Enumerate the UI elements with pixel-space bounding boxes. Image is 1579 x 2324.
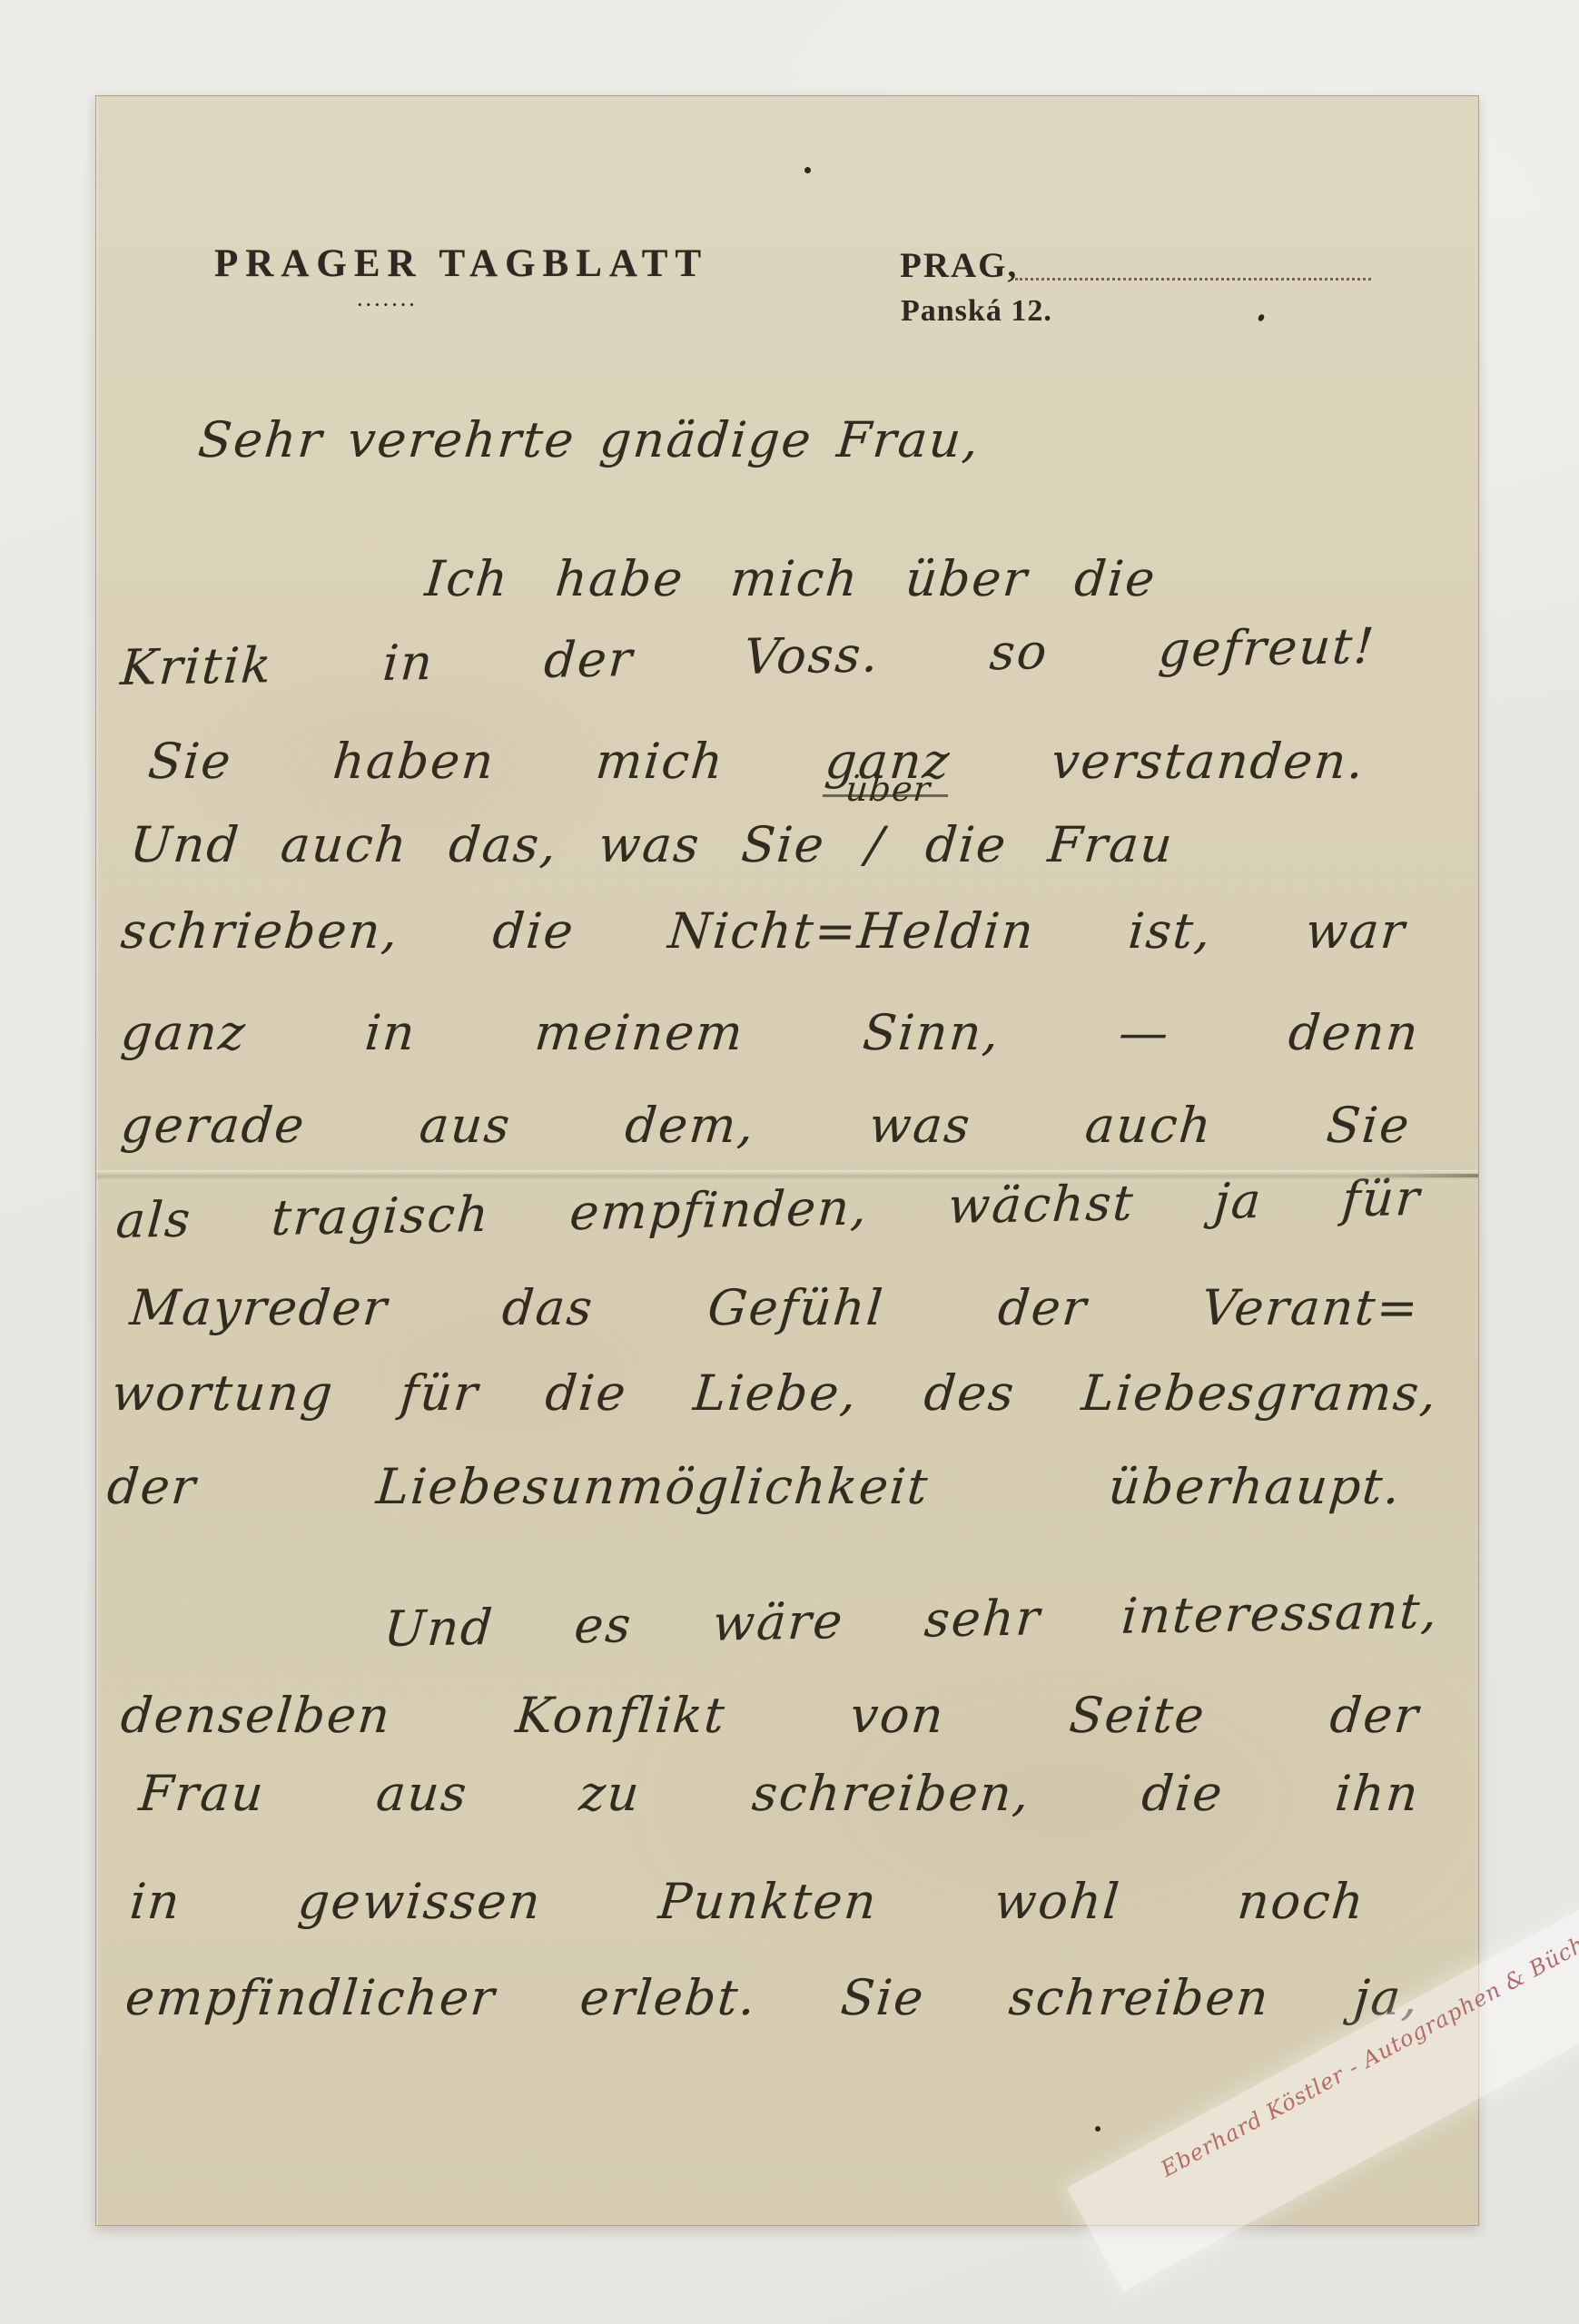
handwriting-line: als tragisch empfinden, wächst ja für [114,1174,1423,1246]
letterhead-title: PRAGER TAGBLATT [214,241,708,286]
handwriting-line: in gewissen Punkten wohl noch [128,1877,1367,1926]
handwriting-line: Sie haben mich ganz verstanden. [146,737,1367,786]
handwriting-line: Mayreder das Gefühl der Verant= [128,1284,1422,1333]
letterhead-dotted-rule [1015,278,1371,281]
ink-speck [1257,313,1265,322]
handwriting-line: gerade aus dem, was auch Sie [119,1101,1413,1150]
scan-page: { "letterhead": { "title": "PRAGER TAGBL… [0,0,1579,2324]
letterhead-ornament-dots: ••••••• [358,298,419,312]
letterhead-address: Panská 12. [901,294,1052,329]
insertion-mark: über/ [864,821,887,870]
letter-paper: PRAGER TAGBLATT ••••••• PRAG, Panská 12.… [95,95,1479,2226]
handwriting-line: ganz in meinem Sinn, — denn [119,1009,1422,1058]
handwriting-line: schrieben, die Nicht=Heldin ist, war [119,907,1408,956]
ink-speck [804,167,811,173]
inserted-word: über [844,772,933,806]
handwriting-line: Ich habe mich über die [423,555,1159,604]
line-post: verstanden. [1050,733,1368,790]
letterhead-city: PRAG, [900,245,1018,286]
handwriting-salutation: Sehr verehrte gnädige Frau, [196,416,877,465]
ink-speck [1095,2126,1100,2132]
handwriting-line: Und es wäre sehr interessant, [382,1587,1440,1654]
fold-crease [96,1170,1478,1181]
handwriting-line: Kritik in der Voss. so gefreut! [119,622,1377,693]
handwriting-line: denselben Konflikt von Seite der [119,1691,1422,1740]
handwriting-line: Und auch das, was Sie über/ die Frau [128,821,1404,870]
line-pre: Sie haben mich [146,733,727,790]
handwriting-line: wortung für die Liebe, des Liebesgrams, [110,1369,1440,1418]
handwriting-line: Frau aus zu schreiben, die ihn [137,1769,1422,1818]
line-pre: Und auch das, was Sie [128,816,828,873]
caret-slash: / [864,816,887,873]
crease-tear [1360,1174,1478,1177]
line-post: die Frau [923,816,1177,873]
handwriting-line: empfindlicher erlebt. Sie schreiben ja, [123,1974,1422,2023]
handwriting-line: der Liebesunmöglichkeit überhaupt. [105,1462,1404,1512]
